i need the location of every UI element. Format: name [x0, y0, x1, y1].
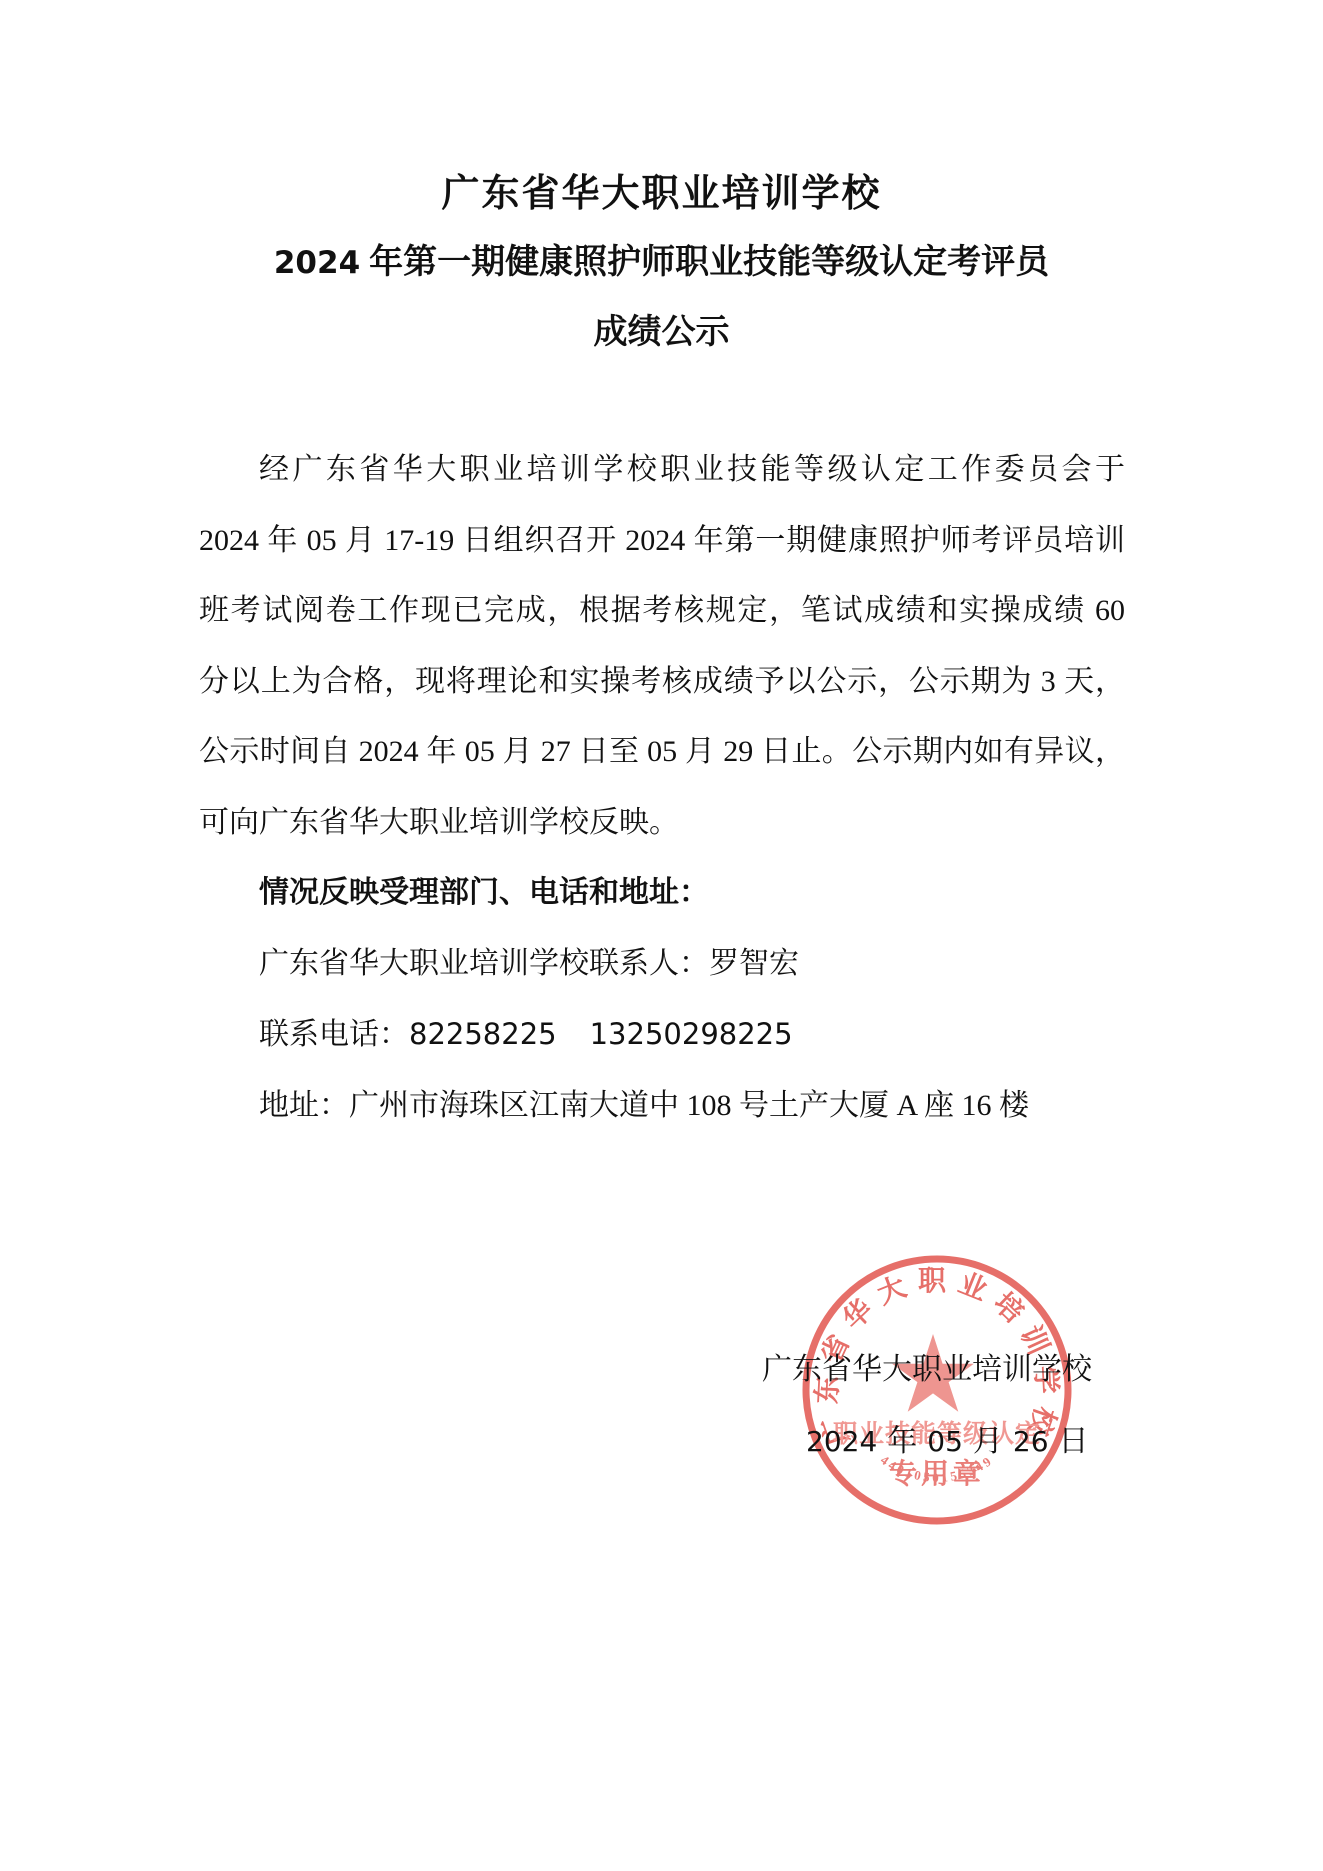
body-text: 经广东省华大职业培训学校职业技能等级认定工作委员会于 2024 年 05 月 1… [199, 435, 1125, 1141]
signature-date-year: 2024 [806, 1425, 877, 1458]
title-line-3: 成绩公示 [0, 298, 1323, 367]
signature-date-day-label: 日 [1059, 1425, 1089, 1458]
phone-number-2: 13250298225 [590, 1017, 793, 1051]
paragraph-line: 2024 年 05 月 17-19 日组织召开 2024 年第一期健康照护师考评… [199, 506, 1125, 577]
paragraph-line: 公示时间自 2024 年 05 月 27 日至 05 月 29 日止。公示期内如… [199, 717, 1125, 788]
paragraph-line: 分以上为合格，现将理论和实操考核成绩予以公示，公示期为 3 天， [199, 647, 1125, 718]
signature-date: 2024年05月26日 [806, 1424, 1089, 1460]
title-line-2-text: 年第一期健康照护师职业技能等级认定考评员 [369, 244, 1049, 281]
title-year-number: 2024 [274, 245, 360, 281]
paragraph-line: 经广东省华大职业培训学校职业技能等级认定工作委员会于 [199, 435, 1125, 506]
title-block: 广东省华大职业培训学校 2024年第一期健康照护师职业技能等级认定考评员 成绩公… [0, 160, 1323, 367]
phone-number-1: 82258225 [409, 1017, 557, 1051]
document-page: 广东省华大职业培训学校 2024年第一期健康照护师职业技能等级认定考评员 成绩公… [0, 0, 1323, 1871]
contact-address-line: 地址：广州市海珠区江南大道中 108 号土产大厦 A 座 16 楼 [199, 1071, 1125, 1142]
signature-date-month-label: 月 [973, 1425, 1003, 1458]
signature-date-day: 26 [1013, 1425, 1049, 1458]
phone-label: 联系电话： [259, 1018, 409, 1051]
contact-phone-line: 联系电话：8225822513250298225 [199, 999, 1125, 1071]
signature-date-month: 05 [927, 1425, 963, 1458]
signature-organization: 广东省华大职业培训学校 [762, 1352, 1092, 1388]
contact-heading: 情况反映受理部门、电话和地址： [199, 858, 1125, 929]
title-line-1: 广东省华大职业培训学校 [0, 160, 1323, 228]
paragraph-line: 班考试阅卷工作现已完成，根据考核规定，笔试成绩和实操成绩 60 [199, 576, 1125, 647]
title-line-2: 2024年第一期健康照护师职业技能等级认定考评员 [0, 228, 1323, 298]
contact-person-line: 广东省华大职业培训学校联系人：罗智宏 [199, 929, 1125, 1000]
paragraph-line: 可向广东省华大职业培训学校反映。 [199, 788, 1125, 859]
signature-date-year-label: 年 [887, 1425, 917, 1458]
official-seal-stamp: 广东省华大职业培训学校 职业技能等级认定 专用章 4401050155349 [787, 1240, 1087, 1540]
